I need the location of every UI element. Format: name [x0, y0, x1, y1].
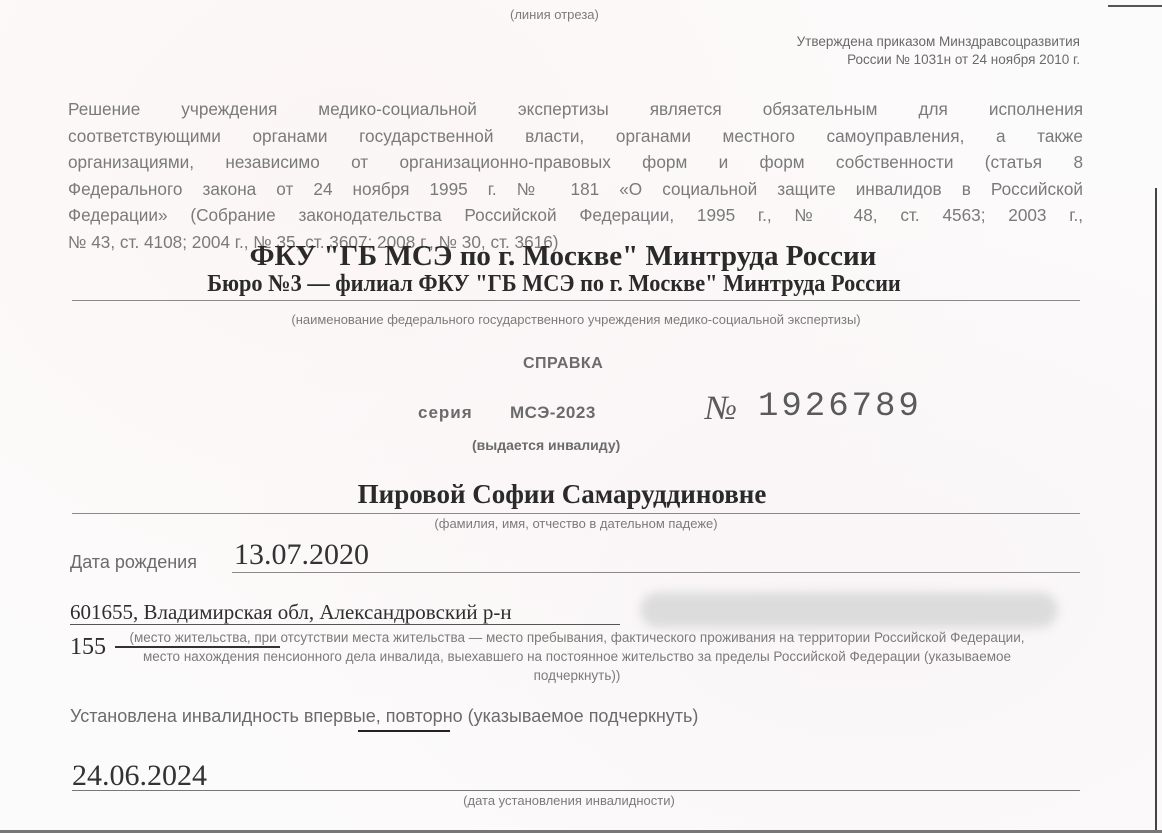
address-underline [70, 624, 620, 625]
legal-line: Федерации» (Собрание законодательства Ро… [68, 202, 1083, 229]
certificate-title: СПРАВКА [523, 355, 603, 373]
disability-established: Установлена инвалидность впервые, повтор… [70, 706, 698, 727]
approval-line-1: Утверждена приказом Минздравсоцразвития [797, 33, 1080, 51]
institution-caption: (наименование федерального государственн… [0, 312, 1157, 327]
name-rule [72, 513, 1080, 514]
redacted-area [640, 592, 1058, 628]
residence-underline-mark [115, 646, 280, 648]
name-caption: (фамилия, имя, отчество в дательном паде… [0, 516, 1157, 531]
series-value: МСЭ-2023 [510, 403, 596, 423]
disability-date-caption: (дата установления инвалидности) [0, 793, 1150, 808]
institution-name: ФКУ "ГБ МСЭ по г. Москве" Минтруда Росси… [0, 240, 1144, 273]
disability-date-rule [72, 790, 1080, 791]
series-label: серия [418, 403, 473, 423]
certificate-number: 1926789 [758, 388, 922, 426]
legal-line: соответствующими органами государственно… [68, 123, 1083, 150]
address-house-number: 155 [70, 634, 106, 661]
address-caption: (место жительства, при отсутствии места … [112, 628, 1042, 685]
legal-line: Федерального закона от 24 ноября 1995 г.… [68, 176, 1083, 203]
page-edge-right [1155, 188, 1157, 833]
recipient-full-name: Пировой Софии Самаруддиновне [0, 479, 1143, 510]
dob-value: 13.07.2020 [234, 538, 369, 572]
established-prefix: Установлена инвалидность [70, 706, 304, 726]
number-sign: № [705, 390, 737, 428]
disability-date-value: 24.06.2024 [72, 759, 207, 793]
approval-line-2: России № 1031н от 24 ноября 2010 г. [797, 51, 1080, 69]
legal-line: организациями, независимо от организацио… [68, 149, 1083, 176]
institution-rule [72, 300, 1080, 301]
institution-branch: Бюро №3 — филиал ФКУ "ГБ МСЭ по г. Москв… [14, 271, 1095, 298]
dob-label: Дата рождения [70, 552, 197, 573]
dob-rule [232, 572, 1080, 573]
cut-line-rule [1108, 5, 1162, 7]
cut-line-label: (линия отреза) [510, 7, 599, 22]
first-time-underline-mark [358, 730, 450, 732]
address-value: 601655, Владимирская обл, Александровски… [70, 600, 512, 625]
document-page: (линия отреза) Утверждена приказом Минзд… [0, 0, 1162, 833]
option-first-time: впервые [304, 706, 376, 726]
issued-to-note: (выдается инвалиду) [472, 437, 620, 453]
legal-notice: Решение учреждения медико-социальной экс… [68, 96, 1083, 255]
established-suffix: , повторно (указываемое подчеркнуть) [376, 706, 699, 726]
legal-line: Решение учреждения медико-социальной экс… [68, 96, 1083, 123]
approval-note: Утверждена приказом Минздравсоцразвития … [797, 33, 1080, 69]
